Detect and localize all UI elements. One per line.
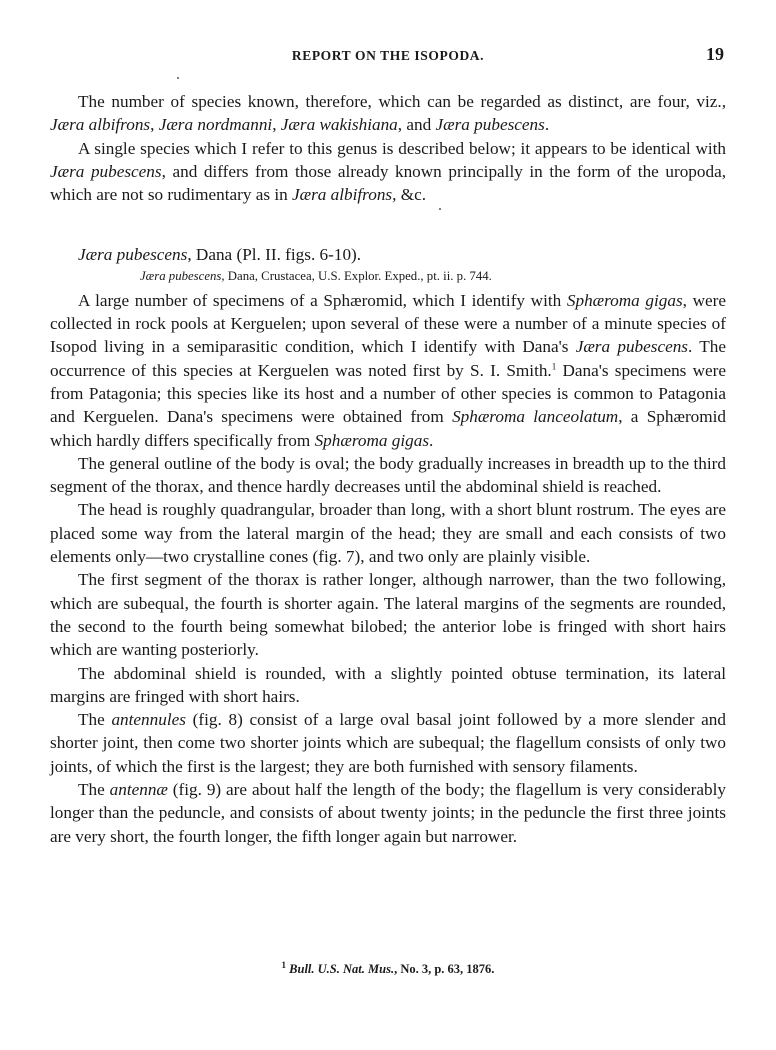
synonym-citation: Jæra pubescens, Dana, Crustacea, U.S. Ex… — [50, 267, 726, 285]
paragraph-body-outline: The general outline of the body is oval;… — [50, 452, 726, 499]
paragraph-species-count: The number of species known, therefore, … — [50, 90, 726, 137]
paragraph-abdominal-shield: The abdominal shield is rounded, with a … — [50, 662, 726, 709]
species-heading: Jæra pubescens, Dana (Pl. II. figs. 6-10… — [50, 243, 726, 266]
book-page: REPORT ON THE ISOPODA. 19 The number of … — [0, 0, 776, 1050]
page-number: 19 — [706, 44, 724, 65]
running-head: REPORT ON THE ISOPODA. 19 — [50, 46, 726, 66]
paragraph-single-species: A single species which I refer to this g… — [50, 137, 726, 207]
paragraph-antennules: The antennules (fig. 8) consist of a lar… — [50, 708, 726, 778]
paragraph-specimens: A large number of specimens of a Sphærom… — [50, 289, 726, 452]
scan-speck — [177, 77, 179, 79]
paragraph-head: The head is roughly quadrangular, broade… — [50, 498, 726, 568]
footnote: 1 Bull. U.S. Nat. Mus., No. 3, p. 63, 18… — [0, 962, 776, 977]
running-title: REPORT ON THE ISOPODA. — [50, 48, 726, 64]
paragraph-thorax: The first segment of the thorax is rathe… — [50, 568, 726, 661]
body-text: The number of species known, therefore, … — [50, 90, 726, 848]
paragraph-antennae: The antennæ (fig. 9) are about half the … — [50, 778, 726, 848]
